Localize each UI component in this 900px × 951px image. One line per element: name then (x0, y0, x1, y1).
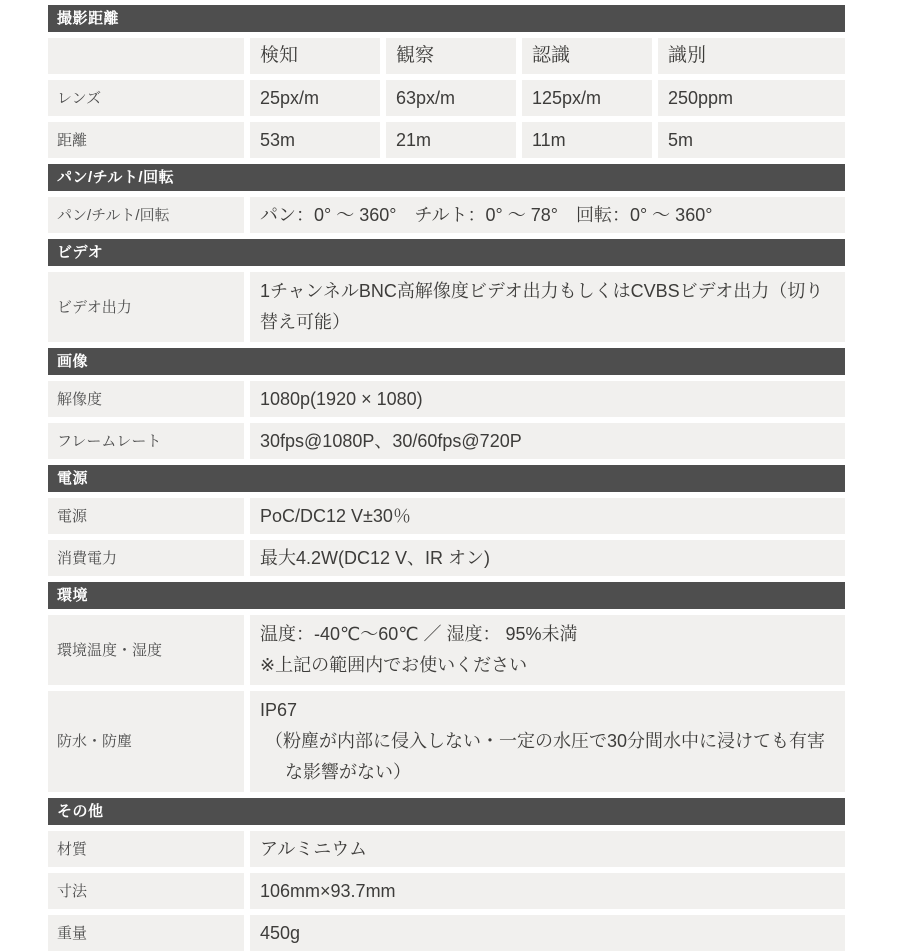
cell-value: 5m (658, 122, 845, 158)
cell-value: 25px/m (250, 80, 380, 116)
table-row-framerate: フレームレート 30fps@1080P、30/60fps@720P (48, 423, 845, 459)
row-value: PoC/DC12 V±30％ (250, 498, 845, 534)
row-label: 消費電力 (48, 540, 244, 576)
row-value: 30fps@1080P、30/60fps@720P (250, 423, 845, 459)
row-label: 解像度 (48, 381, 244, 417)
section-shooting-distance: 撮影距離 検知 観察 認識 識別 レンズ 25px/m 63px/m 125px… (48, 5, 845, 158)
col-header-ninshiki: 認識 (522, 38, 652, 74)
grid-corner-cell (48, 38, 244, 74)
row-label: 距離 (48, 122, 244, 158)
section-other: その他 材質 アルミニウム 寸法 106mm×93.7mm 重量 450g (48, 798, 845, 951)
table-row-power-supply: 電源 PoC/DC12 V±30％ (48, 498, 845, 534)
row-label: フレームレート (48, 423, 244, 459)
row-value: 最大4.2W(DC12 V、IR オン) (250, 540, 845, 576)
cell-value: 63px/m (386, 80, 516, 116)
section-header: ビデオ (48, 239, 845, 266)
section-header: 環境 (48, 582, 845, 609)
section-pan-tilt-rotation: パン/チルト/回転 パン/チルト/回転 パン：0° ～ 360° チルト：0° … (48, 164, 845, 233)
section-header: 電源 (48, 465, 845, 492)
section-image: 画像 解像度 1080p(1920 × 1080) フレームレート 30fps@… (48, 348, 845, 459)
table-row-resolution: 解像度 1080p(1920 × 1080) (48, 381, 845, 417)
table-row-pan-tilt: パン/チルト/回転 パン：0° ～ 360° チルト：0° ～ 78° 回転：0… (48, 197, 845, 233)
row-value: IP67 （粉塵が内部に侵入しない・一定の水圧で30分間水中に浸けても有害な影響… (250, 691, 845, 792)
row-value: 温度：-40℃～60℃ ／ 湿度： 95%未満 ※上記の範囲内でお使いください (250, 615, 845, 685)
table-row-lens: レンズ 25px/m 63px/m 125px/m 250ppm (48, 80, 845, 116)
cell-value: 53m (250, 122, 380, 158)
row-label: ビデオ出力 (48, 272, 244, 342)
spec-table: 撮影距離 検知 観察 認識 識別 レンズ 25px/m 63px/m 125px… (48, 5, 845, 951)
row-label: 防水・防塵 (48, 691, 244, 792)
row-label: レンズ (48, 80, 244, 116)
table-row-distance: 距離 53m 21m 11m 5m (48, 122, 845, 158)
row-value: パン：0° ～ 360° チルト：0° ～ 78° 回転：0° ～ 360° (250, 197, 845, 233)
cell-value: 21m (386, 122, 516, 158)
table-row-video-output: ビデオ出力 1チャンネルBNC高解像度ビデオ出力もしくはCVBSビデオ出力（切り… (48, 272, 845, 342)
col-header-kenchi: 検知 (250, 38, 380, 74)
cell-value: 250ppm (658, 80, 845, 116)
row-label: 電源 (48, 498, 244, 534)
row-label: 材質 (48, 831, 244, 867)
table-row-temp-humidity: 環境温度・湿度 温度：-40℃～60℃ ／ 湿度： 95%未満 ※上記の範囲内で… (48, 615, 845, 685)
row-value: アルミニウム (250, 831, 845, 867)
row-label: 重量 (48, 915, 244, 951)
row-value: 450g (250, 915, 845, 951)
section-power: 電源 電源 PoC/DC12 V±30％ 消費電力 最大4.2W(DC12 V、… (48, 465, 845, 576)
section-header: 撮影距離 (48, 5, 845, 32)
value-line: （粉塵が内部に侵入しない・一定の水圧で30分間水中に浸けても有害な影響がない） (260, 726, 835, 788)
row-label: 寸法 (48, 873, 244, 909)
table-row-material: 材質 アルミニウム (48, 831, 845, 867)
section-header: パン/チルト/回転 (48, 164, 845, 191)
row-label: 環境温度・湿度 (48, 615, 244, 685)
row-value: 1チャンネルBNC高解像度ビデオ出力もしくはCVBSビデオ出力（切り替え可能） (250, 272, 845, 342)
row-value: 106mm×93.7mm (250, 873, 845, 909)
table-row-power-consumption: 消費電力 最大4.2W(DC12 V、IR オン) (48, 540, 845, 576)
row-value: 1080p(1920 × 1080) (250, 381, 845, 417)
col-header-shikibetsu: 識別 (658, 38, 845, 74)
col-header-kansatsu: 観察 (386, 38, 516, 74)
table-row-waterproof-dustproof: 防水・防塵 IP67 （粉塵が内部に侵入しない・一定の水圧で30分間水中に浸けて… (48, 691, 845, 792)
grid-header-row: 検知 観察 認識 識別 (48, 38, 845, 74)
row-label: パン/チルト/回転 (48, 197, 244, 233)
value-line: IP67 (260, 695, 835, 726)
table-row-dimensions: 寸法 106mm×93.7mm (48, 873, 845, 909)
section-header: その他 (48, 798, 845, 825)
section-video: ビデオ ビデオ出力 1チャンネルBNC高解像度ビデオ出力もしくはCVBSビデオ出… (48, 239, 845, 342)
section-header: 画像 (48, 348, 845, 375)
value-line: ※上記の範囲内でお使いください (260, 650, 835, 681)
table-row-weight: 重量 450g (48, 915, 845, 951)
cell-value: 11m (522, 122, 652, 158)
section-environment: 環境 環境温度・湿度 温度：-40℃～60℃ ／ 湿度： 95%未満 ※上記の範… (48, 582, 845, 792)
cell-value: 125px/m (522, 80, 652, 116)
value-line: 温度：-40℃～60℃ ／ 湿度： 95%未満 (260, 619, 835, 650)
